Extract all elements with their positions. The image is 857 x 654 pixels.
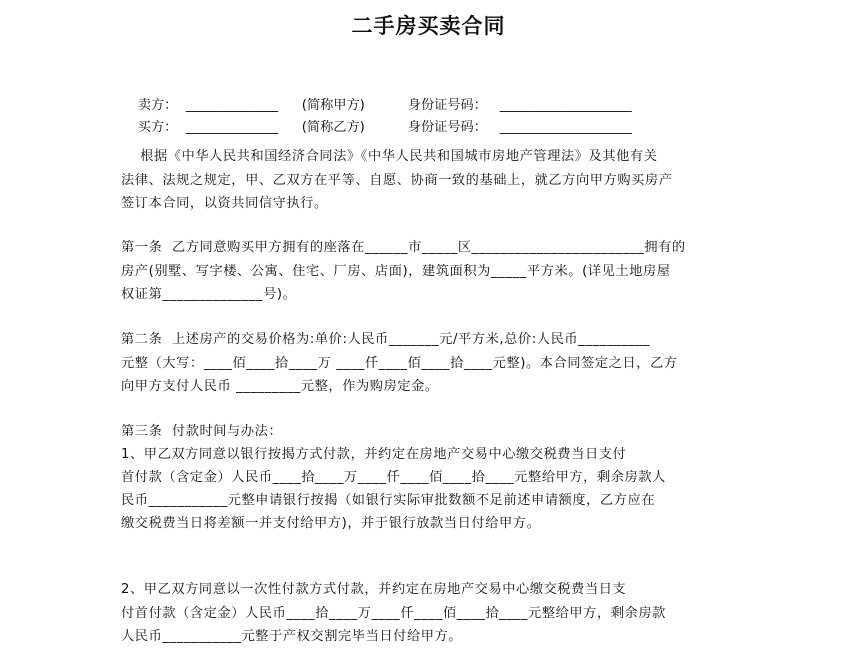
article-1-line: 权证第______________号)。	[121, 286, 296, 304]
document-title: 二手房买卖合同	[0, 12, 857, 40]
article-1-line: 第一条 乙方同意购买甲方拥有的座落在______市_____区_________…	[121, 239, 686, 257]
article-3-heading: 第三条 付款时间与办法：	[121, 423, 282, 441]
clause-1-line: 缴交税费当日将差额一并支付给甲方)，并于银行放款当日付给甲方。	[121, 515, 540, 533]
preamble-line: 根据《中华人民共和国经济合同法》《中华人民共和国城市房地产管理法》及其他有关	[121, 148, 658, 166]
preamble-line: 法律、法规之规定，甲、乙双方在平等、自愿、协商一致的基础上，就乙方向甲方购买房产	[121, 172, 673, 190]
clause-2-line: 人民币___________元整于产权交割完毕当日付给甲方。	[121, 628, 462, 646]
clause-1-line: 1、甲乙双方同意以银行按揭方式付款，并约定在房地产交易中心缴交税费当日支付	[121, 446, 626, 464]
buyer-name-blank: ______________	[186, 119, 302, 137]
preamble-line: 签订本合同，以资共同信守执行。	[121, 195, 328, 213]
clause-1-line: 民币___________元整申请银行按揭（如银行实际审批数额不足前述申请额度，…	[121, 492, 655, 510]
buyer-id-blank: ____________________	[500, 119, 660, 137]
article-1-line: 房产(别墅、写字楼、公寓、住宅、厂房、店面)，建筑面积为_____平方米。(详见…	[121, 263, 671, 281]
clause-1-line: 首付款（含定金）人民币____拾____万____仟____佰____拾____…	[121, 469, 666, 487]
buyer-alias: (简称乙方)	[302, 119, 408, 137]
buyer-row: 买方：______________(简称乙方)身份证号码：___________…	[121, 101, 660, 155]
article-2-line: 元整（大写：____佰____拾____万 ____仟____佰____拾___…	[121, 355, 678, 373]
clause-2-line: 付首付款（含定金）人民币____拾____万____仟____佰____拾___…	[121, 605, 666, 623]
clause-2-line: 2、甲乙双方同意以一次性付款方式付款，并约定在房地产交易中心缴交税费当日支	[121, 581, 626, 599]
article-2-line: 第二条 上述房产的交易价格为:单价:人民币_______元/平方米,总价:人民币…	[121, 331, 650, 349]
article-2-line: 向甲方支付人民币 _________元整，作为购房定金。	[121, 378, 439, 396]
buyer-id-label: 身份证号码：	[408, 119, 500, 137]
buyer-label: 买方：	[138, 119, 186, 137]
